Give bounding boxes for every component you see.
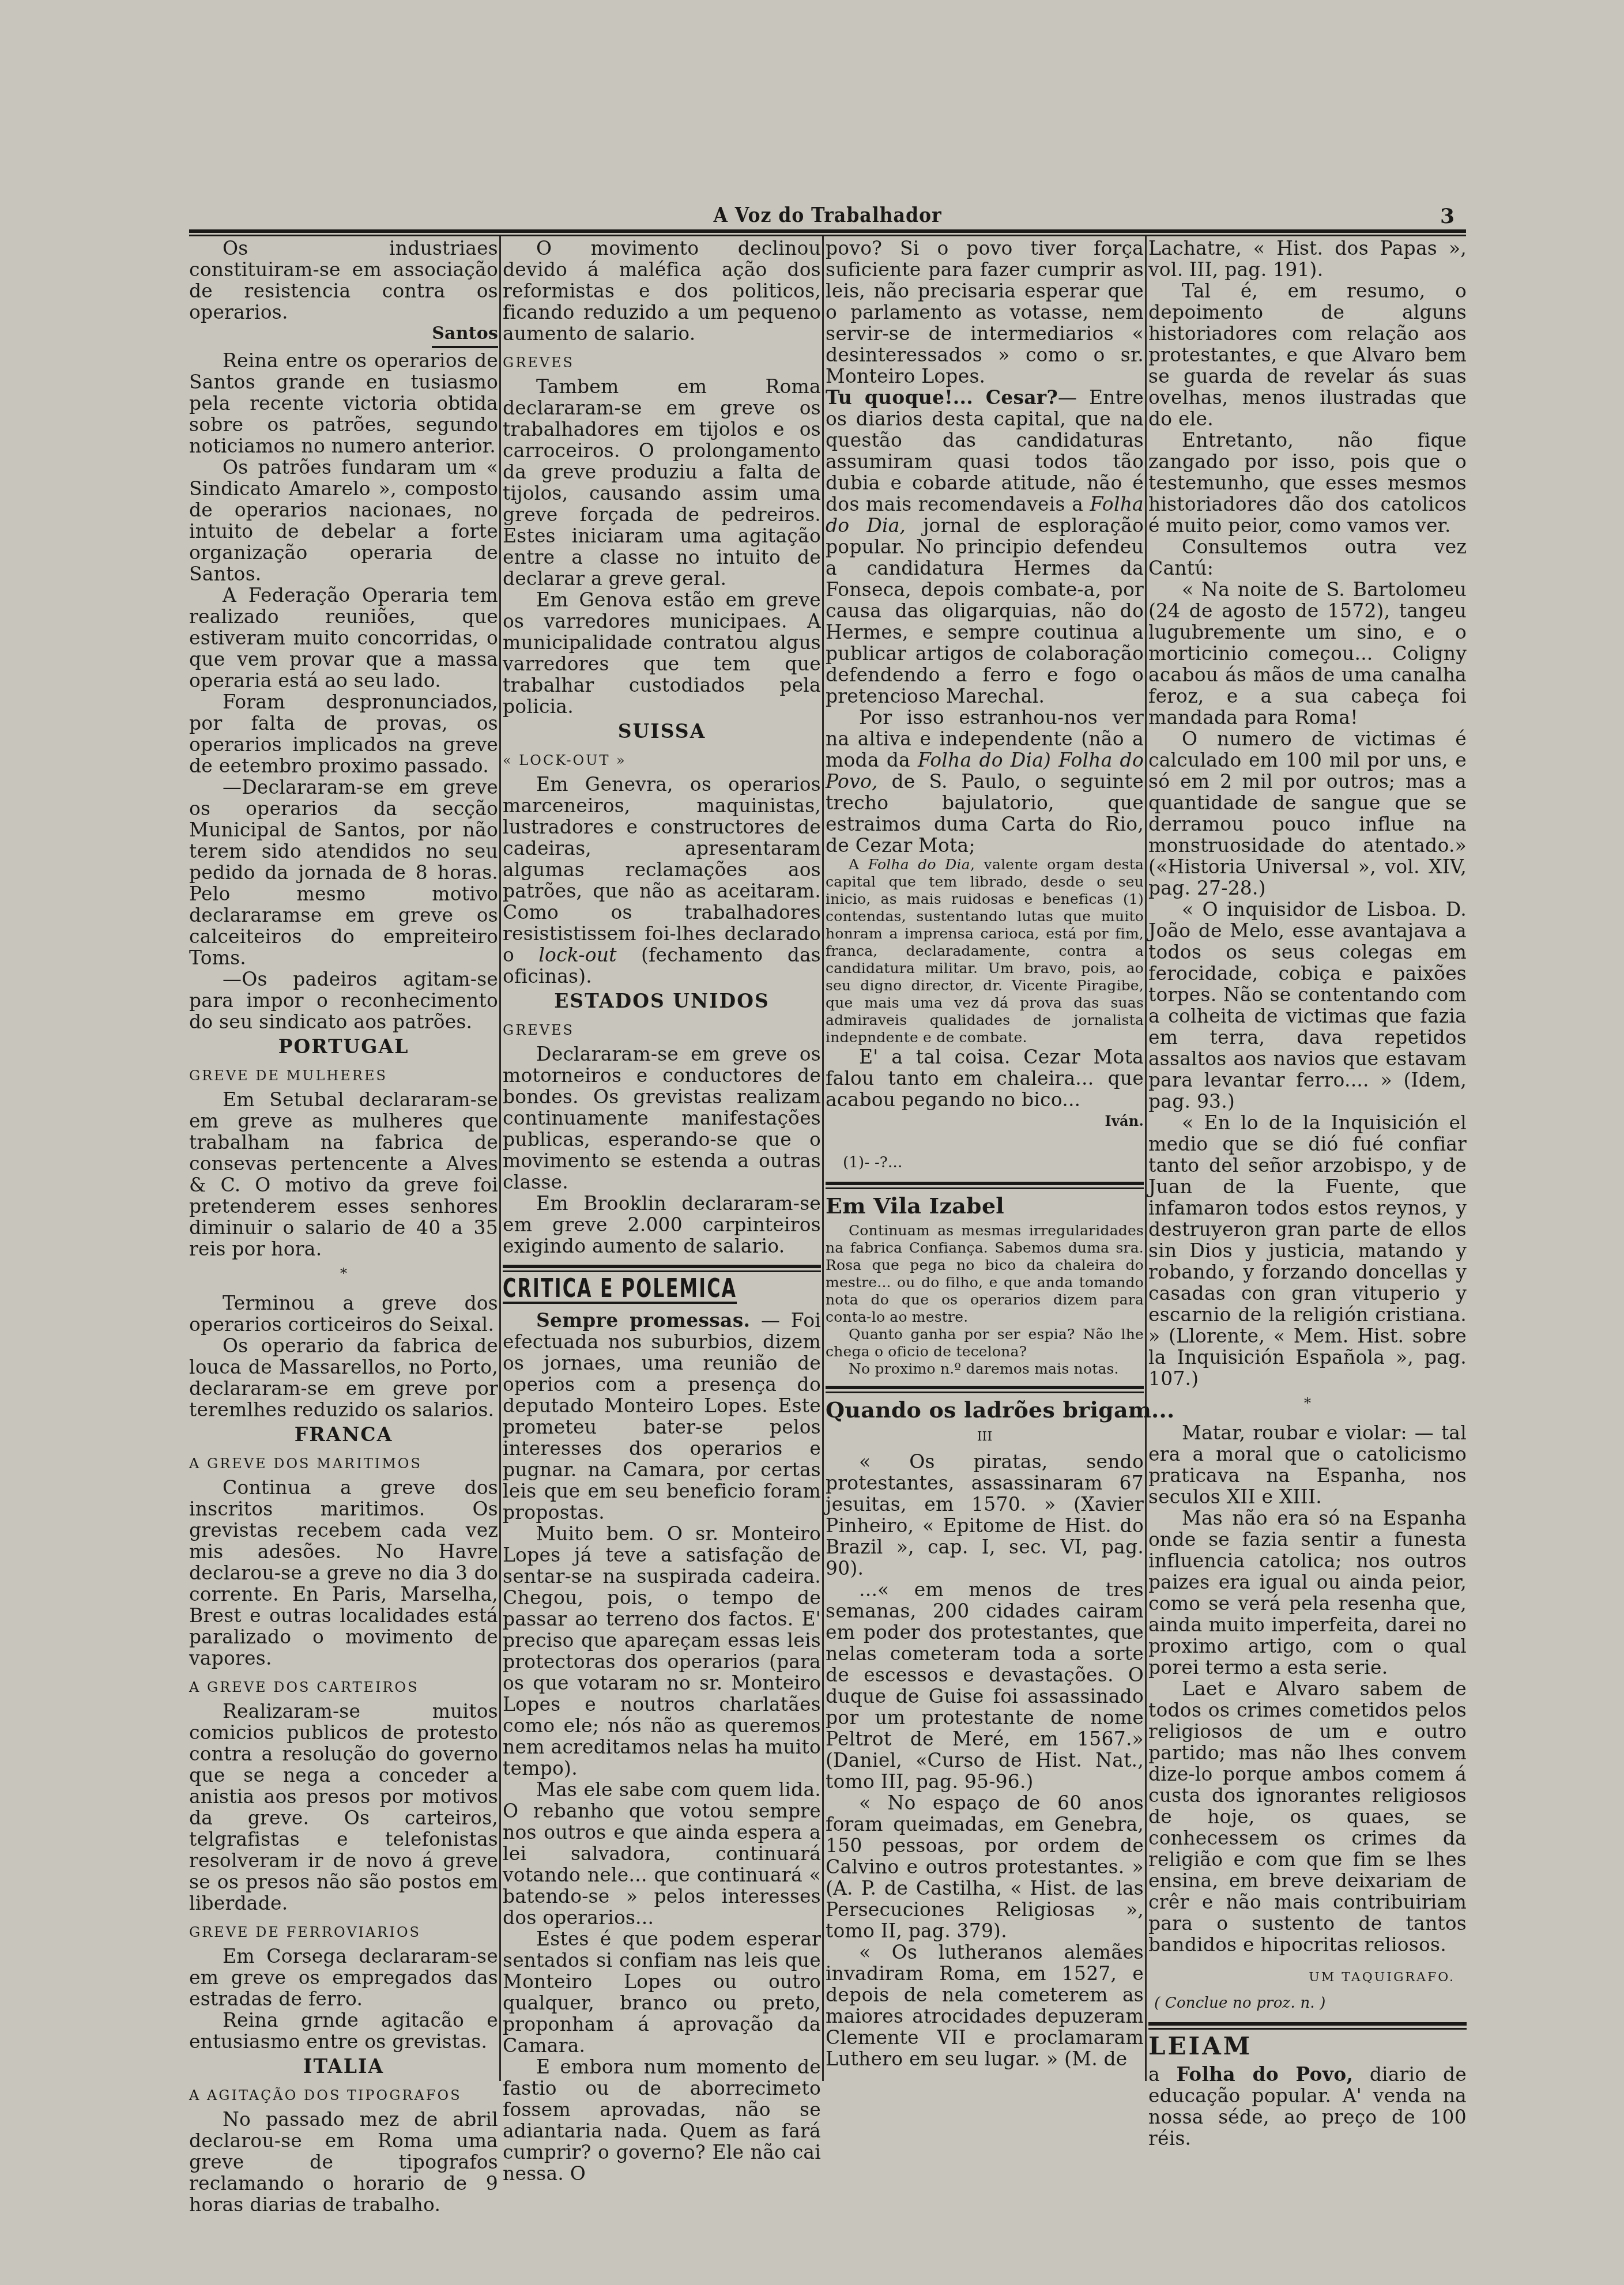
- article-heading-vila-izabel: Em Vila Izabel: [826, 1195, 1144, 1216]
- article-title: Sempre promessas.: [536, 1309, 750, 1332]
- paragraph: « No espaço de 60 anos foram queimadas, …: [826, 1792, 1144, 1941]
- paragraph: Mas ele sabe com quem lida. O rebanho qu…: [503, 1779, 821, 1928]
- star-separator: *: [189, 1263, 498, 1284]
- star-separator: *: [1148, 1393, 1467, 1414]
- paragraph: « O inquisidor de Lisboa. D. João de Mel…: [1148, 899, 1467, 1112]
- section-heading-suissa: SUISSA: [503, 721, 821, 742]
- footnote: (1)- -?...: [843, 1152, 1144, 1174]
- paragraph: « Os piratas, sendo protestantes, assass…: [826, 1451, 1144, 1579]
- double-rule: [503, 1265, 821, 1272]
- paragraph: Estes é que podem esperar sentados si co…: [503, 1928, 821, 2056]
- paragraph: Terminou a greve dos operarios corticeir…: [189, 1292, 498, 1335]
- subheading: A AGITAÇÃO DOS TIPOGRAFOS: [189, 2085, 498, 2106]
- subheading: A GREVE DOS MARITIMOS: [189, 1453, 498, 1475]
- subheading: GREVE DE FERROVIARIOS: [189, 1922, 498, 1943]
- section-label-santos: Santos: [189, 323, 498, 344]
- paragraph: « Na noite de S. Bartolomeu (24 de agost…: [1148, 579, 1467, 728]
- subheading: GREVE DE MULHERES: [189, 1065, 498, 1087]
- signature: UM TAQUIGRAFO.: [1148, 1967, 1455, 1988]
- paragraph: Em Genova estão em greve os varredores m…: [503, 589, 821, 717]
- paragraph: Entretanto, não fique zangado por isso, …: [1148, 429, 1467, 536]
- column-2: O movimento declinou devido á maléfica a…: [503, 237, 821, 2082]
- column-divider: [822, 236, 824, 2081]
- paragraph: povo? Si o povo tiver força suficiente p…: [826, 237, 1144, 387]
- column-1: Os industriaes constituiram-se em associ…: [189, 237, 498, 2082]
- signature: Iván.: [826, 1110, 1144, 1132]
- paragraph: Os industriaes constituiram-se em associ…: [189, 237, 498, 323]
- double-rule: [826, 1386, 1144, 1393]
- part-number: III: [826, 1426, 1144, 1447]
- paragraph: ...« em menos de tres semanas, 200 cidad…: [826, 1579, 1144, 1792]
- quoted-excerpt: A Folha do Dia, valente orgam desta capi…: [826, 856, 1144, 1046]
- paragraph: Os operario da fabrica de louca de Massa…: [189, 1335, 498, 1420]
- paragraph: Lachatre, « Hist. dos Papas », vol. III,…: [1148, 237, 1467, 280]
- paragraph: Reina grnde agitacão e entusiasmo entre …: [189, 2009, 498, 2052]
- paragraph: Em Corsega declararam-se em greve os emp…: [189, 1945, 498, 2009]
- column-divider: [1145, 236, 1147, 2081]
- paragraph: Matar, roubar e violar: — tal era a mora…: [1148, 1422, 1467, 1507]
- paragraph: Laet e Alvaro sabem de todos os crimes c…: [1148, 1678, 1467, 1955]
- double-rule: [1148, 2022, 1467, 2030]
- section-heading-italia: ITALIA: [189, 2056, 498, 2077]
- article-title: Tu quoque!... Cesar?: [826, 386, 1058, 409]
- subheading: A GREVE DOS CARTEIROS: [189, 1677, 498, 1698]
- paragraph: O numero de victimas é calculado em 100 …: [1148, 728, 1467, 899]
- paragraph: Foram despronunciados, por falta de prov…: [189, 691, 498, 776]
- section-heading-critica: CRITICA E POLEMICA: [503, 1278, 737, 1304]
- paragraph: —Os padeiros agitam-se para impor o reco…: [189, 968, 498, 1032]
- newspaper-page: A Voz do Trabalhador 3 Os industriaes co…: [0, 0, 1624, 2285]
- paragraph: Reina entre os operarios de Santos grand…: [189, 350, 498, 457]
- continued-note: ( Conclue no proz. n. ): [1154, 1993, 1467, 2014]
- paragraph: Quanto ganha por ser espia? Não lhe cheg…: [826, 1326, 1144, 1360]
- section-heading-portugal: PORTUGAL: [189, 1036, 498, 1057]
- paragraph: Declararam-se em greve os motorneiros e …: [503, 1043, 821, 1193]
- paragraph: « Os lutheranos alemães invadiram Roma, …: [826, 1941, 1144, 2069]
- column-4: Lachatre, « Hist. dos Papas », vol. III,…: [1148, 237, 1467, 2082]
- column-3: povo? Si o povo tiver força suficiente p…: [826, 237, 1144, 2082]
- paragraph: Muito bem. O sr. Monteiro Lopes já teve …: [503, 1523, 821, 1779]
- paragraph: Tu quoque!... Cesar?— Entre os diarios d…: [826, 387, 1144, 707]
- page-number: 3: [1440, 204, 1455, 228]
- double-rule: [826, 1182, 1144, 1189]
- subheading: GREVES: [503, 352, 821, 374]
- paragraph: Os patrões fundaram um « Sindicato Amare…: [189, 457, 498, 585]
- section-heading-franca: FRANCA: [189, 1424, 498, 1445]
- article-body: Continuam as mesmas irregularidades na f…: [826, 1222, 1144, 1378]
- paragraph: Mas não era só na Espanha onde se fazia …: [1148, 1507, 1467, 1678]
- masthead: A Voz do Trabalhador 3: [189, 203, 1466, 228]
- paragraph: Realizaram-se muitos comicios publicos d…: [189, 1700, 498, 1914]
- paragraph: E' a tal coisa. Cezar Mota falou tanto e…: [826, 1046, 1144, 1110]
- advertisement: a Folha do Povo, diario de educação popu…: [1148, 2064, 1467, 2149]
- paragraph: A Federação Operaria tem realizado reuni…: [189, 585, 498, 691]
- paragraph: Em Brooklin declararam-se em greve 2.000…: [503, 1193, 821, 1257]
- paragraph: —Declararam-se em greve os operarios da …: [189, 776, 498, 968]
- masthead-rule: [189, 229, 1466, 236]
- paragraph: Continuam as mesmas irregularidades na f…: [826, 1222, 1144, 1326]
- article-heading-ladroes: Quando os ladrões brigam...: [826, 1399, 1144, 1420]
- paragraph: E embora num momento de fastio ou de abo…: [503, 2056, 821, 2184]
- paragraph: Consultemos outra vez Cantú:: [1148, 536, 1467, 579]
- paragraph: Sempre promessas. — Foi efectuada nos su…: [503, 1310, 821, 1523]
- paragraph: No proximo n.º daremos mais notas.: [826, 1360, 1144, 1378]
- paragraph: O movimento declinou devido á maléfica a…: [503, 237, 821, 344]
- paragraph: Continua a greve dos inscritos maritimos…: [189, 1477, 498, 1669]
- ad-heading-leiam: LEIAM: [1148, 2035, 1467, 2057]
- subheading: GREVES: [503, 1020, 821, 1041]
- column-divider: [499, 236, 501, 2081]
- paragraph: Por isso estranhou-nos ver na altiva e i…: [826, 707, 1144, 856]
- subheading: « LOCK-OUT »: [503, 750, 821, 771]
- paragraph: No passado mez de abril declarou-se em R…: [189, 2109, 498, 2215]
- paragraph: « En lo de la Inquisición el medio que s…: [1148, 1112, 1467, 1389]
- paragraph: Tambem em Roma declararam-se em greve os…: [503, 376, 821, 589]
- section-heading-estados-unidos: ESTADOS UNIDOS: [503, 990, 821, 1012]
- paragraph: Tal é, em resumo, o depoimento de alguns…: [1148, 280, 1467, 429]
- paragraph: Em Genevra, os operarios marceneiros, ma…: [503, 774, 821, 987]
- paragraph: A Folha do Dia, valente orgam desta capi…: [826, 856, 1144, 1046]
- newspaper-title: A Voz do Trabalhador: [266, 203, 1389, 227]
- paragraph: Em Setubal declararam-se em greve as mul…: [189, 1089, 498, 1260]
